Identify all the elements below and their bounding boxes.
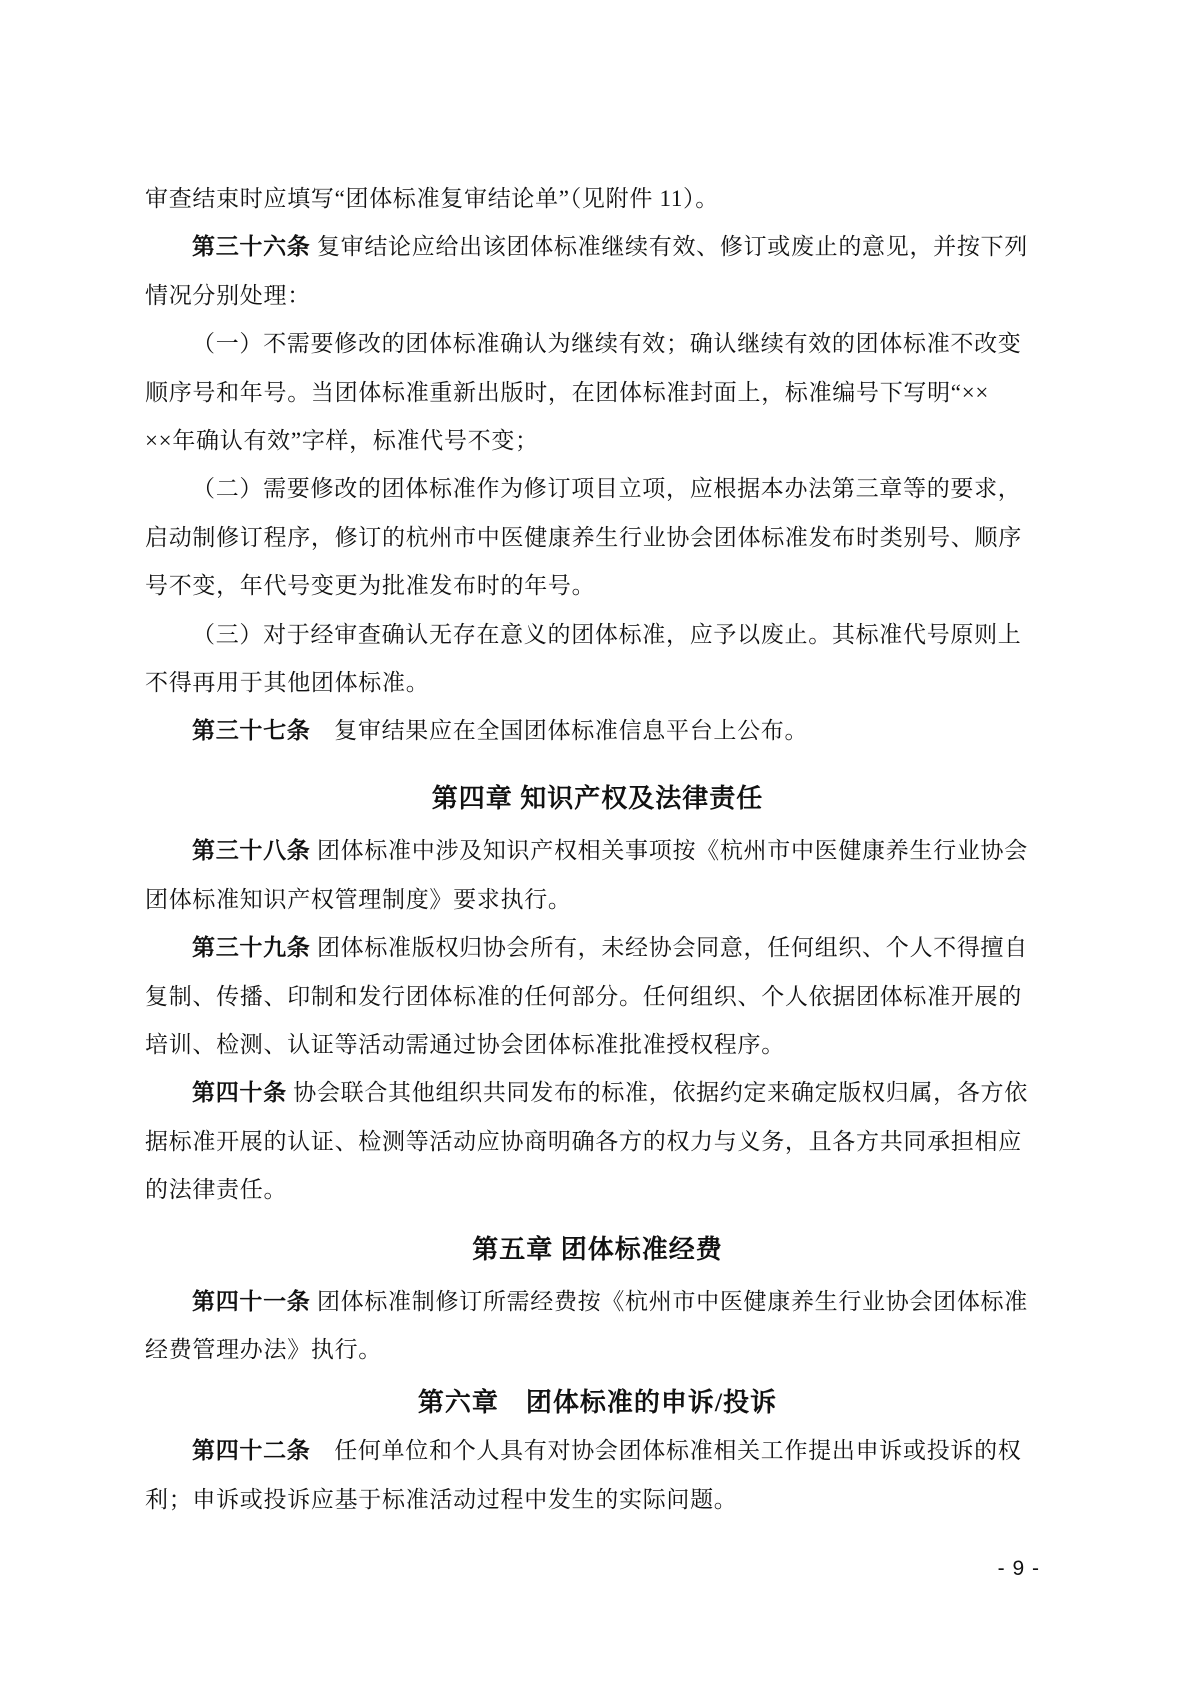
chapter-heading: 第五章 团体标准经费 [145, 1226, 1050, 1274]
body-text: 团体标准中涉及知识产权相关事项按《杭州市中医健康养生行业协会 [311, 838, 1028, 863]
text-line: 的法律责任。 [145, 1166, 1050, 1214]
body-text: 不得再用于其他团体标准。 [145, 670, 429, 695]
text-line: 复制、传播、印制和发行团体标准的任何部分。任何组织、个人依据团体标准开展的 [145, 973, 1050, 1021]
text-line: 经费管理办法》执行。 [145, 1326, 1050, 1374]
body-text: 复审结论应给出该团体标准继续有效、修订或废止的意见，并按下列 [311, 234, 1028, 259]
text-line: 第三十六条 复审结论应给出该团体标准继续有效、修订或废止的意见，并按下列 [145, 223, 1050, 271]
document-body: 审查结束时应填写“团体标准复审结论单”（见附件 11）。第三十六条 复审结论应给… [145, 175, 1050, 1524]
text-line: 不得再用于其他团体标准。 [145, 659, 1050, 707]
body-text: 号不变，年代号变更为批准发布时的年号。 [145, 573, 595, 598]
text-line: （二）需要修改的团体标准作为修订项目立项，应根据本办法第三章等的要求， [145, 465, 1050, 513]
text-line: 团体标准知识产权管理制度》要求执行。 [145, 876, 1050, 924]
text-line: 第四十一条 团体标准制修订所需经费按《杭州市中医健康养生行业协会团体标准 [145, 1278, 1050, 1326]
body-text: 复制、传播、印制和发行团体标准的任何部分。任何组织、个人依据团体标准开展的 [145, 984, 1022, 1009]
article-number: 第六章 团体标准的申诉/投诉 [418, 1388, 777, 1417]
text-line: ××年确认有效”字样，标准代号不变； [145, 417, 1050, 465]
article-number: 第四章 知识产权及法律责任 [432, 784, 764, 813]
body-text: 据标准开展的认证、检测等活动应协商明确各方的权力与义务，且各方共同承担相应 [145, 1129, 1022, 1154]
article-number: 第四十二条 [192, 1438, 311, 1463]
page-number: - 9 - [998, 1556, 1040, 1582]
body-text: 团体标准制修订所需经费按《杭州市中医健康养生行业协会团体标准 [311, 1289, 1028, 1314]
text-line: （三）对于经审查确认无存在意义的团体标准，应予以废止。其标准代号原则上 [145, 611, 1050, 659]
body-text: 复审结果应在全国团体标准信息平台上公布。 [311, 718, 809, 743]
text-line: 第三十九条 团体标准版权归协会所有，未经协会同意，任何组织、个人不得擅自 [145, 924, 1050, 972]
text-line: 第四十条 协会联合其他组织共同发布的标准，依据约定来确定版权归属，各方依 [145, 1069, 1050, 1117]
article-number: 第三十六条 [192, 234, 311, 259]
body-text: 任何单位和个人具有对协会团体标准相关工作提出申诉或投诉的权 [311, 1438, 1022, 1463]
text-line: 第三十七条 复审结果应在全国团体标准信息平台上公布。 [145, 707, 1050, 755]
article-number: 第五章 团体标准经费 [472, 1235, 723, 1264]
text-line: 培训、检测、认证等活动需通过协会团体标准批准授权程序。 [145, 1021, 1050, 1069]
text-line: 第四十二条 任何单位和个人具有对协会团体标准相关工作提出申诉或投诉的权 [145, 1427, 1050, 1475]
article-number: 第四十条 [192, 1080, 287, 1105]
text-line: 情况分别处理： [145, 272, 1050, 320]
body-text: （三）对于经审查确认无存在意义的团体标准，应予以废止。其标准代号原则上 [192, 622, 1022, 647]
chapter-heading: 第六章 团体标准的申诉/投诉 [145, 1379, 1050, 1427]
article-number: 第三十九条 [192, 935, 311, 960]
body-text: 经费管理办法》执行。 [145, 1337, 382, 1362]
body-text: 情况分别处理： [145, 283, 311, 308]
article-number: 第三十八条 [192, 838, 311, 863]
body-text: 团体标准版权归协会所有，未经协会同意，任何组织、个人不得擅自 [311, 935, 1028, 960]
body-text: 团体标准知识产权管理制度》要求执行。 [145, 887, 572, 912]
text-line: 第三十八条 团体标准中涉及知识产权相关事项按《杭州市中医健康养生行业协会 [145, 827, 1050, 875]
body-text: 培训、检测、认证等活动需通过协会团体标准批准授权程序。 [145, 1032, 785, 1057]
body-text: （一）不需要修改的团体标准确认为继续有效；确认继续有效的团体标准不改变 [192, 331, 1022, 356]
article-number: 第三十七条 [192, 718, 311, 743]
body-text: （二）需要修改的团体标准作为修订项目立项，应根据本办法第三章等的要求， [192, 476, 1022, 501]
article-number: 第四十一条 [192, 1289, 311, 1314]
text-line: 启动制修订程序，修订的杭州市中医健康养生行业协会团体标准发布时类别号、顺序 [145, 514, 1050, 562]
text-line: 号不变，年代号变更为批准发布时的年号。 [145, 562, 1050, 610]
body-text: 启动制修订程序，修订的杭州市中医健康养生行业协会团体标准发布时类别号、顺序 [145, 525, 1022, 550]
document-page: 审查结束时应填写“团体标准复审结论单”（见附件 11）。第三十六条 复审结论应给… [0, 0, 1190, 1683]
text-line: 据标准开展的认证、检测等活动应协商明确各方的权力与义务，且各方共同承担相应 [145, 1118, 1050, 1166]
body-text: 审查结束时应填写“团体标准复审结论单”（见附件 11）。 [145, 186, 719, 211]
body-text: 利；申诉或投诉应基于标准活动过程中发生的实际问题。 [145, 1487, 738, 1512]
text-line: 顺序号和年号。当团体标准重新出版时，在团体标准封面上，标准编号下写明“×× [145, 369, 1050, 417]
text-line: （一）不需要修改的团体标准确认为继续有效；确认继续有效的团体标准不改变 [145, 320, 1050, 368]
body-text: 顺序号和年号。当团体标准重新出版时，在团体标准封面上，标准编号下写明“×× [145, 380, 989, 405]
body-text: 的法律责任。 [145, 1177, 287, 1202]
text-line: 利；申诉或投诉应基于标准活动过程中发生的实际问题。 [145, 1476, 1050, 1524]
text-line: 审查结束时应填写“团体标准复审结论单”（见附件 11）。 [145, 175, 1050, 223]
body-text: ××年确认有效”字样，标准代号不变； [145, 428, 539, 453]
chapter-heading: 第四章 知识产权及法律责任 [145, 775, 1050, 823]
body-text: 协会联合其他组织共同发布的标准，依据约定来确定版权归属，各方依 [287, 1080, 1028, 1105]
